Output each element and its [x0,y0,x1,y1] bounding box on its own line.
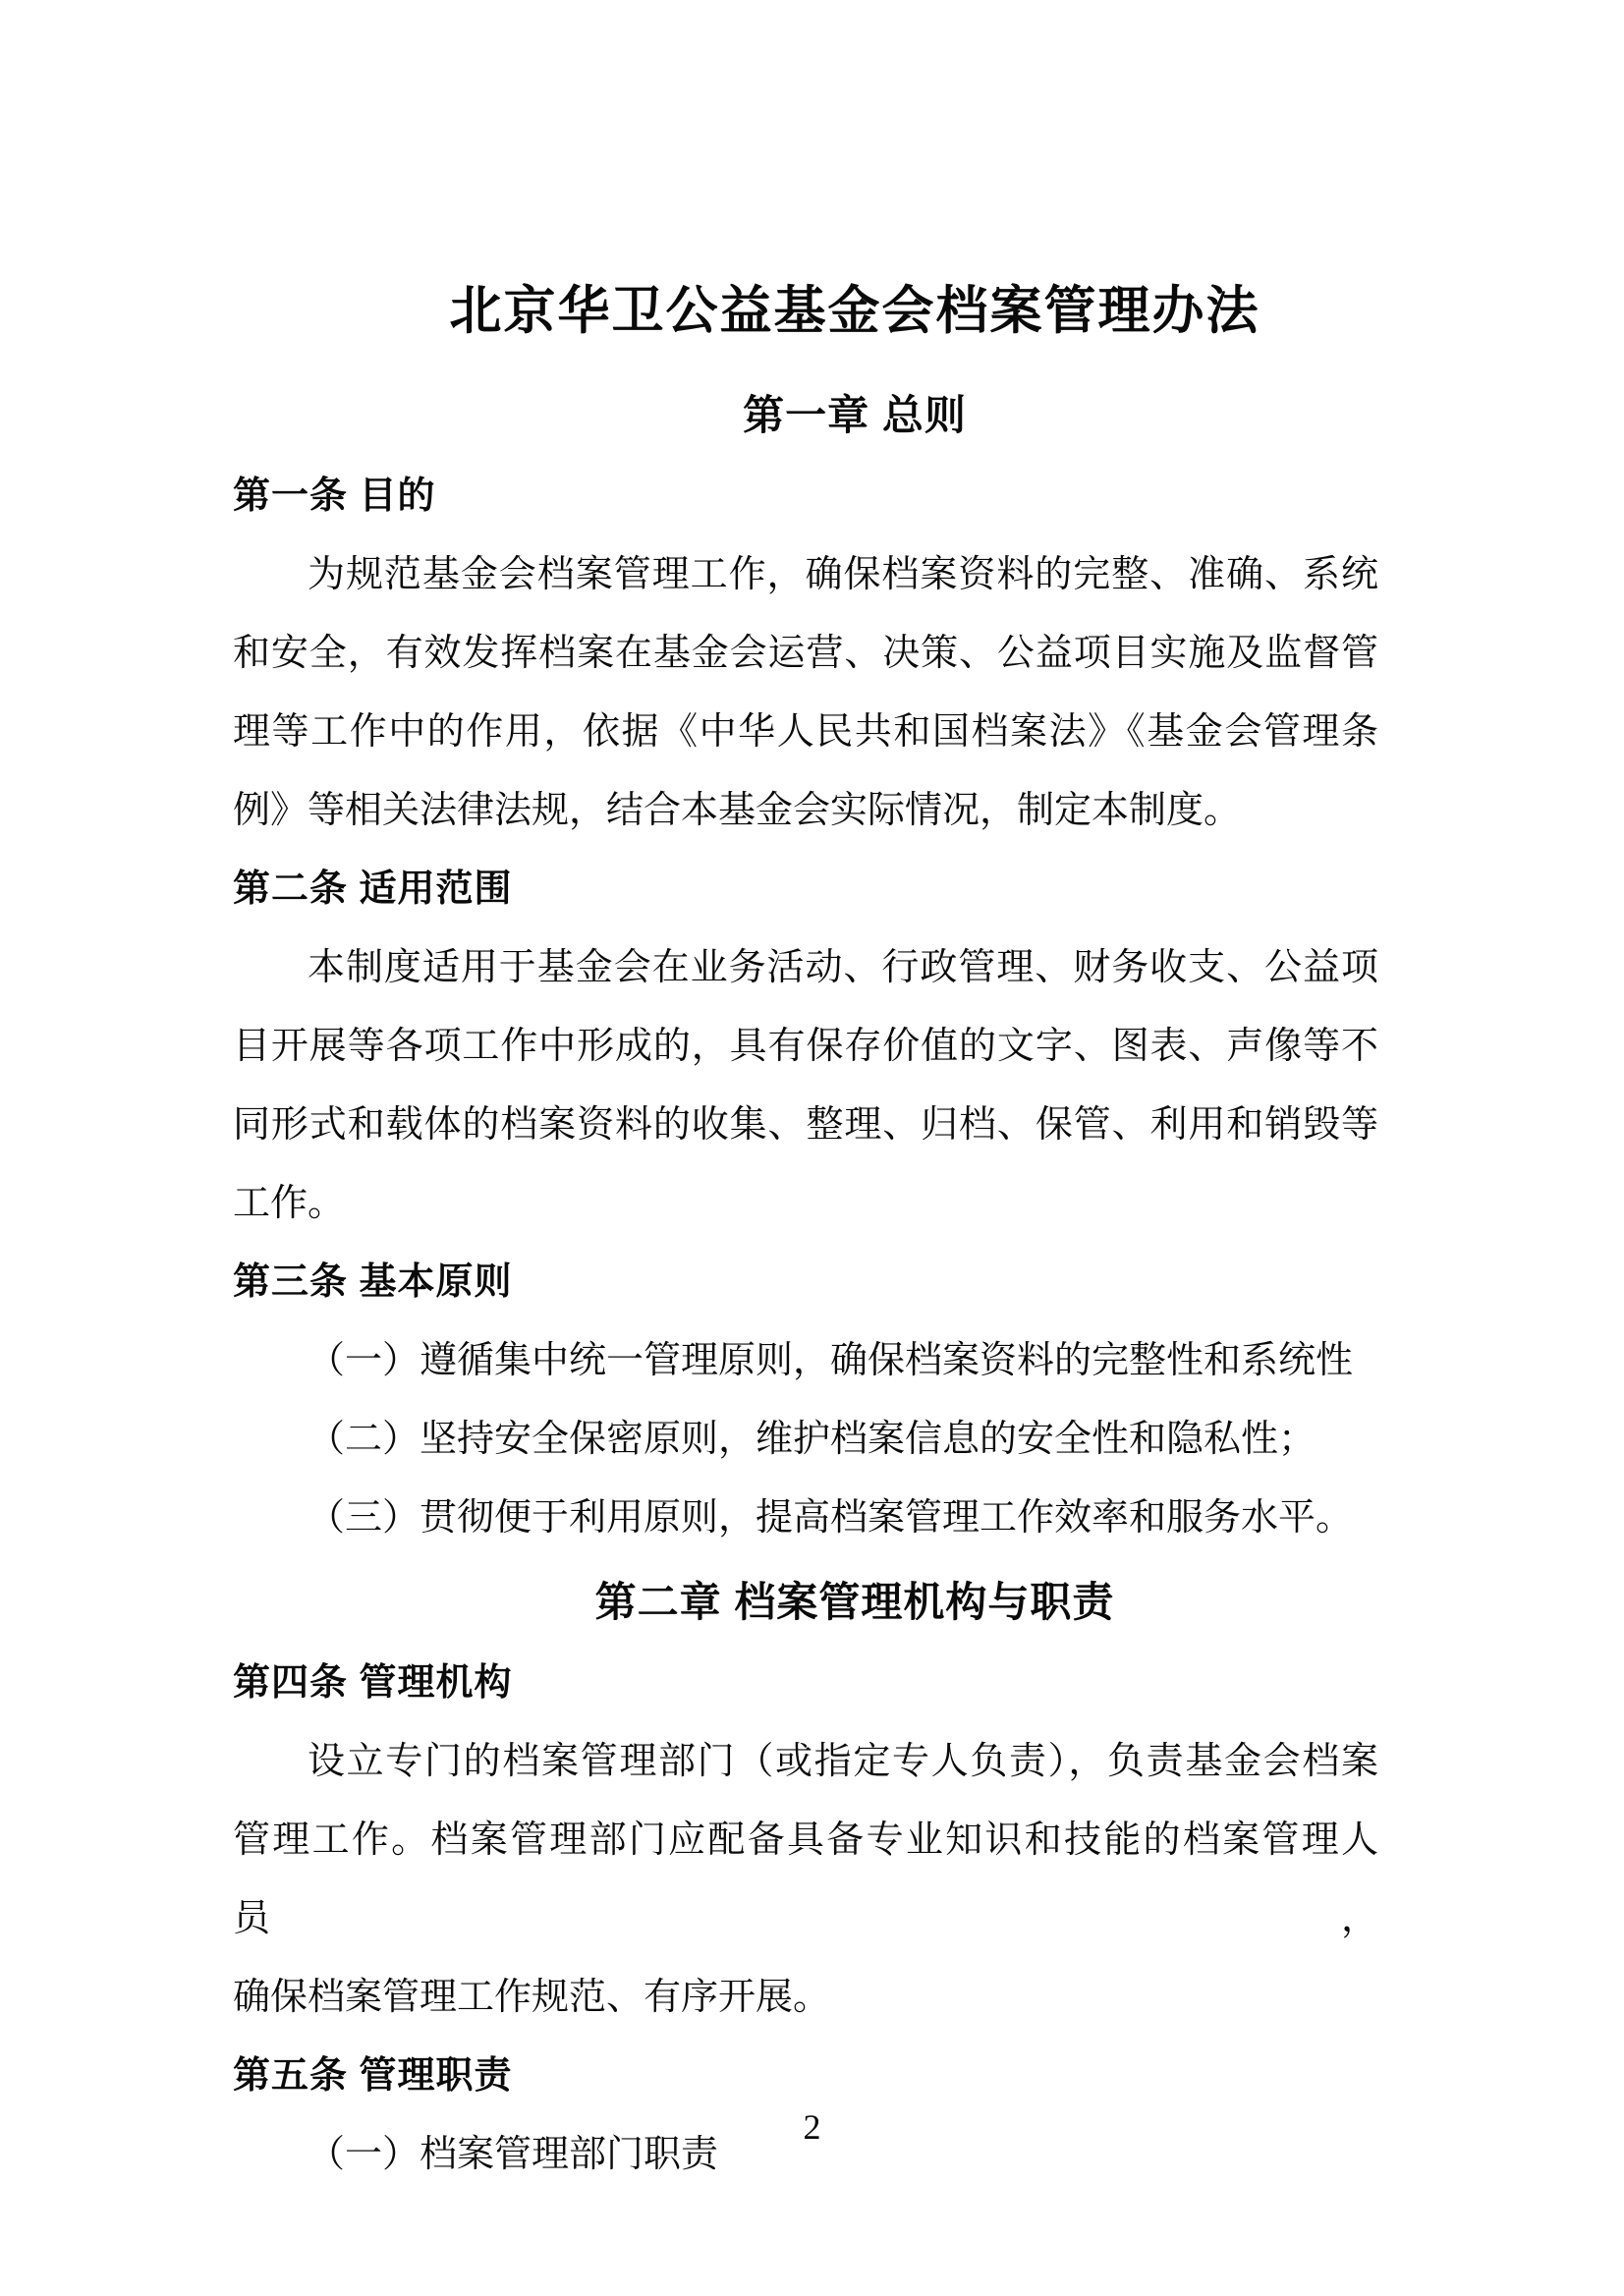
paragraph-line: 本制度适用于基金会在业务活动、行政管理、财务收支、公益项 [233,928,1378,1007]
page-number: 2 [0,2098,1624,2156]
chapter-heading-2: 第二章 档案管理机构与职责 [233,1571,1378,1634]
paragraph-line: 确保档案管理工作规范、有序开展。 [233,1958,1378,2037]
document-title: 北京华卫公益基金会档案管理办法 [233,278,1378,345]
list-item: （一）遵循集中统一管理原则，确保档案资料的完整性和系统性 [233,1321,1378,1400]
paragraph-line: 同形式和载体的档案资料的收集、整理、归档、保管、利用和销毁等 [233,1086,1378,1164]
paragraph-line: 和安全，有效发挥档案在基金会运营、决策、公益项目实施及监督管 [233,614,1378,693]
paragraph-line: 为规范基金会档案管理工作，确保档案资料的完整、准确、系统 [233,535,1378,614]
article-heading-1: 第一条 目的 [233,457,1378,535]
article-heading-3: 第三条 基本原则 [233,1243,1378,1321]
document-page: 北京华卫公益基金会档案管理办法 第一章 总则 第一条 目的 为规范基金会档案管理… [0,0,1624,2296]
document-body: 北京华卫公益基金会档案管理办法 第一章 总则 第一条 目的 为规范基金会档案管理… [0,0,1624,2194]
article-heading-4: 第四条 管理机构 [233,1644,1378,1722]
paragraph-line: 理等工作中的作用，依据《中华人民共和国档案法》《基金会管理条 [233,693,1378,771]
paragraph-line: 工作。 [233,1164,1378,1243]
list-item: （三）贯彻便于利用原则，提高档案管理工作效率和服务水平。 [233,1479,1378,1557]
chapter-heading-1: 第一章 总则 [233,384,1378,447]
paragraph-line: 例》等相关法律法规，结合本基金会实际情况，制定本制度。 [233,771,1378,850]
paragraph-line: 设立专门的档案管理部门（或指定专人负责），负责基金会档案 [233,1722,1378,1801]
article-heading-2: 第二条 适用范围 [233,850,1378,928]
list-item: （二）坚持安全保密原则，维护档案信息的安全性和隐私性； [233,1400,1378,1479]
paragraph-line: 目开展等各项工作中形成的，具有保存价值的文字、图表、声像等不 [233,1007,1378,1086]
paragraph-line: 管理工作。档案管理部门应配备具备专业知识和技能的档案管理人员， [233,1801,1378,1958]
